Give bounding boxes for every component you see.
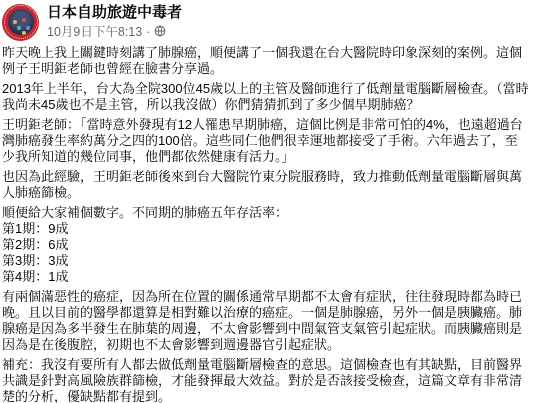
post-body: 昨天晚上我上關鍵時刻講了肺腺癌，順便講了一個我還在台大醫院時印象深刻的案例。這個…: [2, 45, 530, 403]
survival-rate-line: 第4期：1成: [2, 269, 530, 285]
stage-label: 第2期: [2, 237, 35, 252]
stage-label: 第3期: [2, 253, 35, 268]
globe-public-icon: [154, 25, 166, 41]
post-paragraph: 補充：我沒有要所有人都去做低劑量電腦斷層檢查的意思。這個檢查也有其缺點，目前醫界…: [2, 357, 530, 403]
stage-colon: ：: [35, 253, 48, 268]
page-avatar[interactable]: [2, 4, 39, 41]
post-paragraph: 也因為此經驗，王明鉅老師後來到台大醫院竹東分院服務時，致力推動低劑量電腦斷層與萬…: [2, 169, 530, 201]
survival-rate-line: 第2期：6成: [2, 237, 530, 253]
stage-rate: 9成: [48, 221, 68, 236]
post-timestamp[interactable]: 10月9日下午8:13: [47, 25, 142, 40]
stage-colon: ：: [35, 237, 48, 252]
stage-rate: 3成: [48, 253, 68, 268]
post-paragraph: 有兩個滿惡性的癌症，因為所在位置的關係通常早期都不太會有症狀，往往發現時都為時已…: [2, 289, 530, 353]
stage-rate: 6成: [48, 237, 68, 252]
stage-colon: ：: [35, 221, 48, 236]
facebook-post: 日本自助旅遊中毒者 10月9日下午8:13 · 昨天晚上我上關鍵時刻講了肺腺癌，…: [0, 0, 533, 403]
stage-label: 第4期: [2, 269, 35, 284]
post-paragraph: 王明鉅老師：「當時意外發現有12人罹患早期肺癌，這個比例是非常可怕的4%，也遠超…: [2, 117, 530, 165]
header-text: 日本自助旅遊中毒者 10月9日下午8:13 ·: [47, 4, 182, 41]
survival-rate-intro: 順便給大家補個數字。不同期的肺癌五年存活率：: [2, 205, 530, 221]
post-paragraph: 2013年上半年，台大為全院300位45歲以上的主管及醫師進行了低劑量電腦斷層檢…: [2, 81, 530, 113]
post-meta: 10月9日下午8:13 ·: [47, 24, 182, 41]
survival-rate-line: 第1期：9成: [2, 221, 530, 237]
post-paragraph: 昨天晚上我上關鍵時刻講了肺腺癌，順便講了一個我還在台大醫院時印象深刻的案例。這個…: [2, 45, 530, 77]
meta-separator: ·: [146, 25, 150, 40]
survival-rate-block: 順便給大家補個數字。不同期的肺癌五年存活率： 第1期：9成 第2期：6成 第3期…: [2, 205, 530, 285]
stage-rate: 1成: [48, 269, 68, 284]
post-header: 日本自助旅遊中毒者 10月9日下午8:13 ·: [2, 2, 530, 42]
survival-rate-line: 第3期：3成: [2, 253, 530, 269]
stage-label: 第1期: [2, 221, 35, 236]
author-name[interactable]: 日本自助旅遊中毒者: [47, 4, 182, 22]
stage-colon: ：: [35, 269, 48, 284]
avatar-artwork: [8, 9, 34, 35]
